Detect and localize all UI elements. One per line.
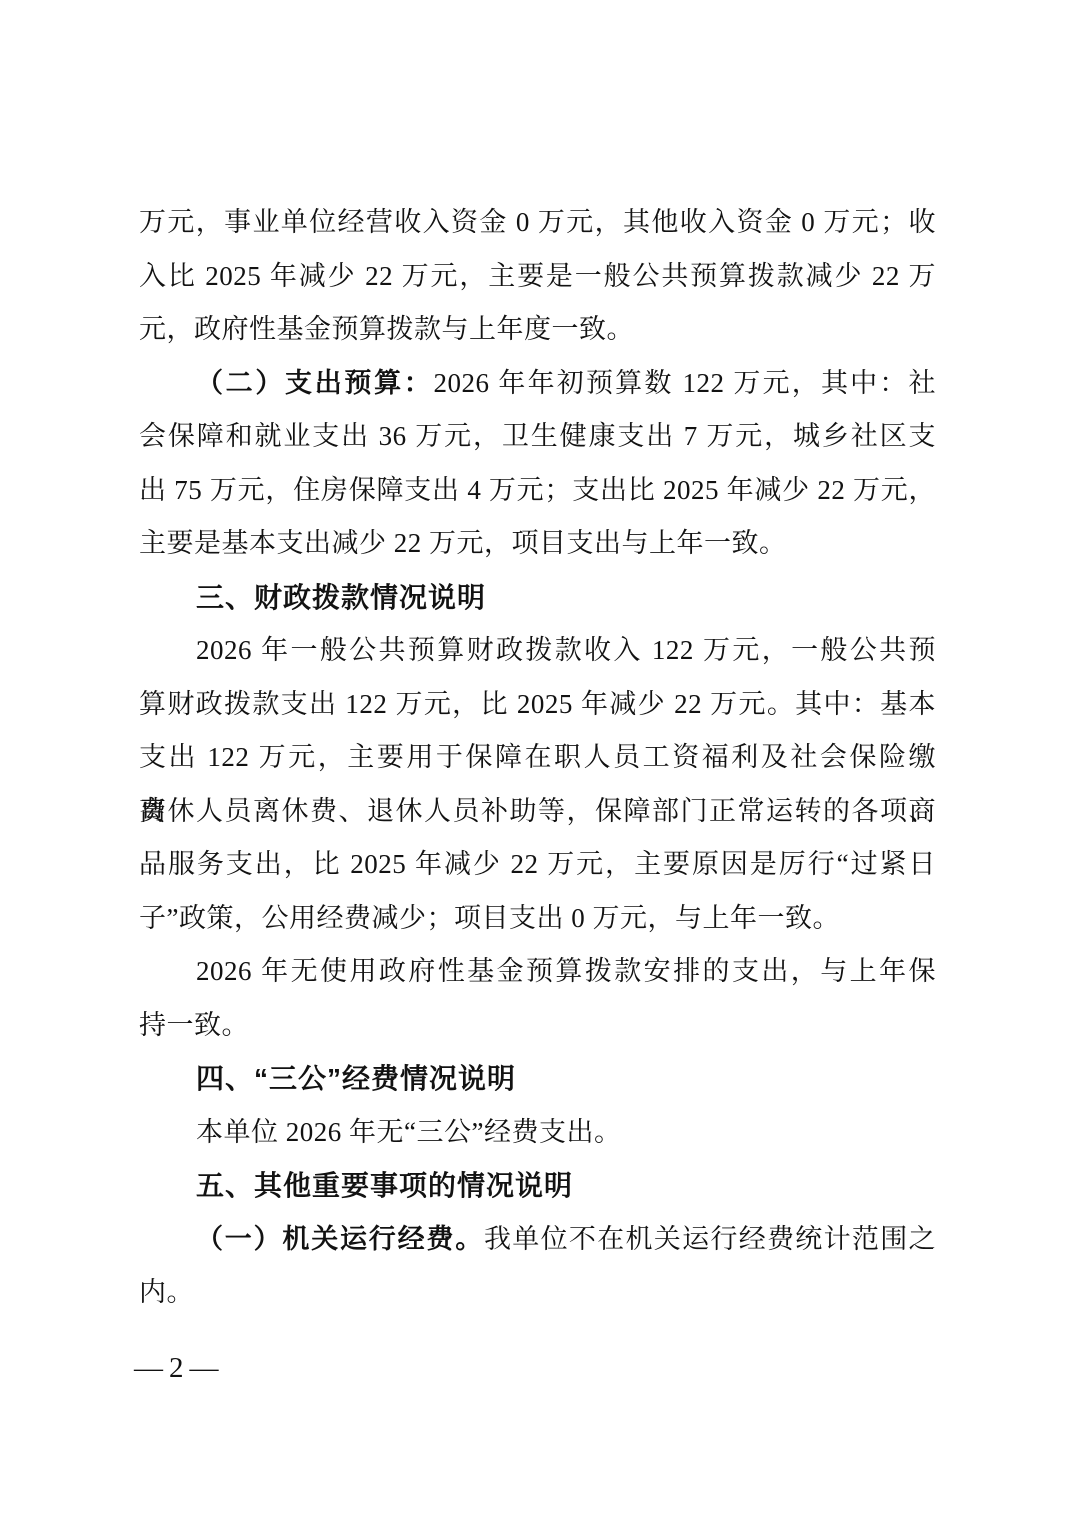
document-body: 万元，事业单位经营收入资金 0 万元，其他收入资金 0 万元；收 入比 2025… — [139, 196, 936, 1320]
page-number: —2— — [134, 1348, 225, 1388]
section-heading-sangong: 四、“三公”经费情况说明 — [139, 1052, 936, 1106]
para-expenditure-line-4: 主要是基本支出减少 22 万元，项目支出与上年一致。 — [139, 517, 936, 571]
section-heading-fiscal: 三、财政拨款情况说明 — [139, 571, 936, 625]
para-operating-line-1-rest: 我单位不在机关运行经费统计范围之 — [484, 1224, 936, 1254]
document-page: 万元，事业单位经营收入资金 0 万元，其他收入资金 0 万元；收 入比 2025… — [0, 0, 1074, 1520]
para-operating-line-2: 内。 — [139, 1266, 936, 1320]
para-operating-line-1: （一）机关运行经费。我单位不在机关运行经费统计范围之 — [139, 1213, 936, 1267]
para-fiscal-line-3: 支出 122 万元，主要用于保障在职人员工资福利及社会保险缴费、 — [139, 731, 936, 785]
para-fiscal-line-4: 离休人员离休费、退休人员补助等，保障部门正常运转的各项商 — [139, 785, 936, 839]
para-fiscal-line-2: 算财政拨款支出 122 万元，比 2025 年减少 22 万元。其中：基本 — [139, 678, 936, 732]
subsection-lead-operating: （一）机关运行经费。 — [196, 1224, 484, 1254]
para-expenditure-line-1: （二）支出预算：2026 年年初预算数 122 万元，其中：社 — [139, 357, 936, 411]
para-expenditure-line-3: 出 75 万元，住房保障支出 4 万元；支出比 2025 年减少 22 万元， — [139, 464, 936, 518]
para-fiscal-line-1: 2026 年一般公共预算财政拨款收入 122 万元，一般公共预 — [139, 624, 936, 678]
subsection-lead-expenditure: （二）支出预算： — [196, 368, 433, 398]
para-fiscal-line-5: 品服务支出，比 2025 年减少 22 万元，主要原因是厉行“过紧日 — [139, 838, 936, 892]
para-income-line-3: 元，政府性基金预算拨款与上年度一致。 — [139, 303, 936, 357]
para-govfund-line-1: 2026 年无使用政府性基金预算拨款安排的支出，与上年保 — [139, 945, 936, 999]
para-sangong-line-1: 本单位 2026 年无“三公”经费支出。 — [139, 1106, 936, 1160]
section-heading-other: 五、其他重要事项的情况说明 — [139, 1159, 936, 1213]
para-fiscal-line-6: 子”政策，公用经费减少；项目支出 0 万元，与上年一致。 — [139, 892, 936, 946]
para-govfund-line-2: 持一致。 — [139, 999, 936, 1053]
para-income-line-1: 万元，事业单位经营收入资金 0 万元，其他收入资金 0 万元；收 — [139, 196, 936, 250]
para-expenditure-line-1-rest: 2026 年年初预算数 122 万元，其中：社 — [433, 368, 936, 398]
para-income-line-2: 入比 2025 年减少 22 万元，主要是一般公共预算拨款减少 22 万 — [139, 250, 936, 304]
para-expenditure-line-2: 会保障和就业支出 36 万元，卫生健康支出 7 万元，城乡社区支 — [139, 410, 936, 464]
